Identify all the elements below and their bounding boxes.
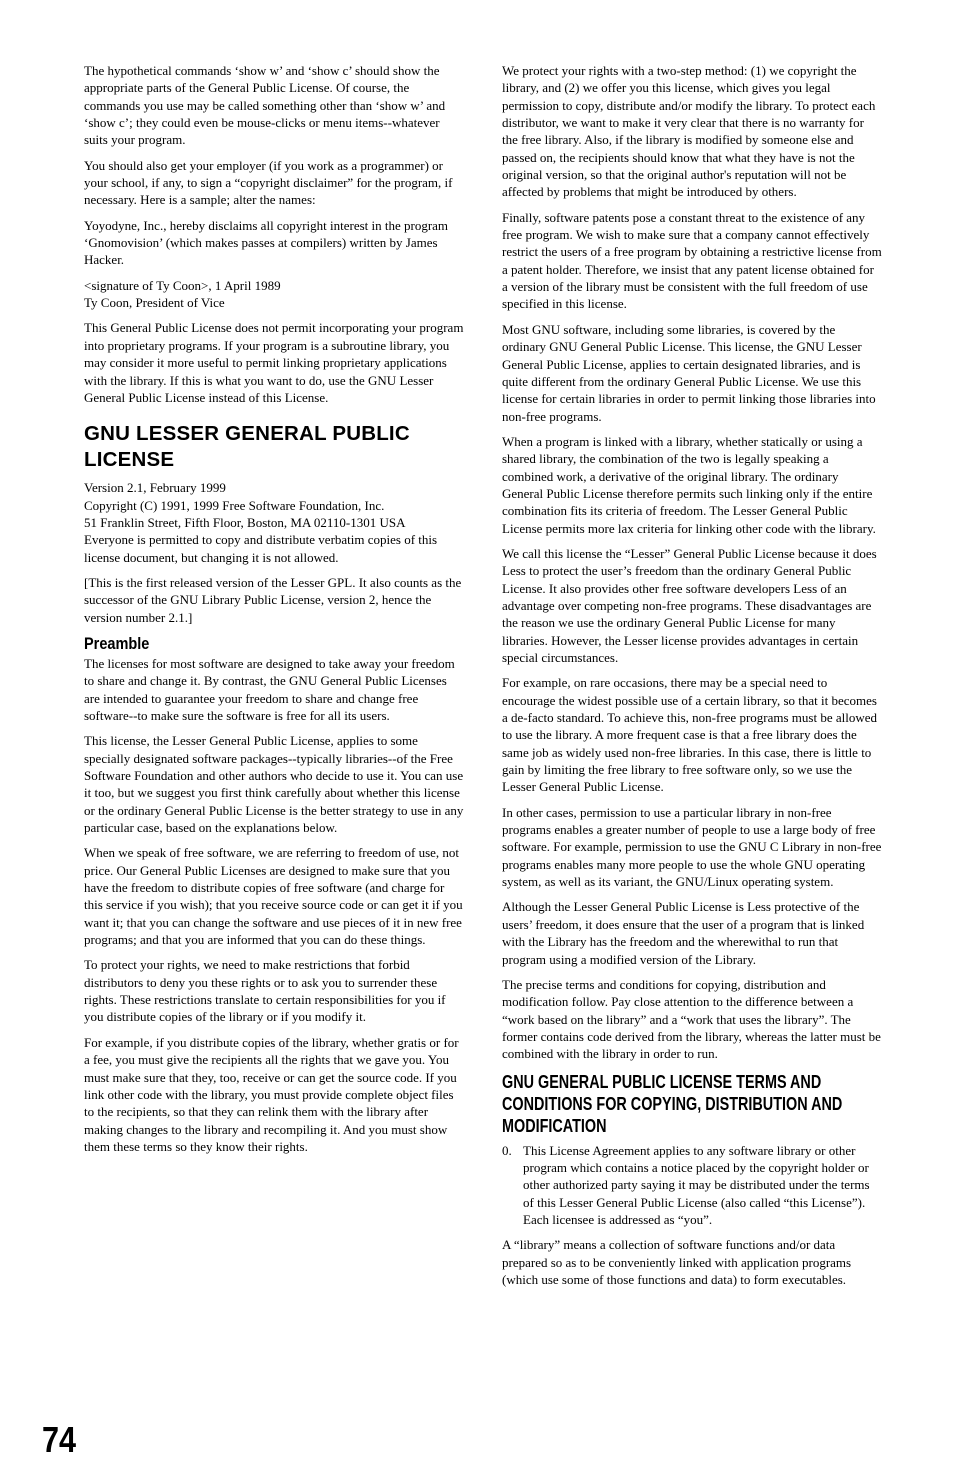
paragraph-licenses-designed: The licenses for most software are desig… bbox=[84, 655, 464, 724]
paragraph-show-commands: The hypothetical commands ‘show w’ and ‘… bbox=[84, 62, 464, 149]
paragraph-distribute-copies: For example, if you distribute copies of… bbox=[84, 1034, 464, 1155]
left-column: The hypothetical commands ‘show w’ and ‘… bbox=[84, 62, 464, 1163]
right-column: We protect your rights with a two-step m… bbox=[502, 62, 882, 1296]
paragraph-precise-terms: The precise terms and conditions for cop… bbox=[502, 976, 882, 1063]
paragraph-program-linked-library: When a program is linked with a library,… bbox=[502, 433, 882, 537]
section-title-preamble: Preamble bbox=[84, 634, 418, 654]
paragraph-signature: <signature of Ty Coon>, 1 April 1989 Ty … bbox=[84, 277, 464, 312]
paragraph-less-protective: Although the Lesser General Public Licen… bbox=[502, 898, 882, 967]
paragraph-yoyodyne: Yoyodyne, Inc., hereby disclaims all cop… bbox=[84, 217, 464, 269]
paragraph-library-definition: A “library” means a collection of softwa… bbox=[502, 1236, 882, 1288]
paragraph-free-software-freedom: When we speak of free software, we are r… bbox=[84, 844, 464, 948]
page-number: 74 bbox=[42, 1420, 76, 1460]
paragraph-other-cases-permission: In other cases, permission to use a part… bbox=[502, 804, 882, 891]
paragraph-not-permit-incorporating: This General Public License does not per… bbox=[84, 319, 464, 406]
section-title-lgpl: GNU LESSER GENERAL PUBLIC LICENSE bbox=[84, 421, 464, 473]
paragraph-two-step-method: We protect your rights with a two-step m… bbox=[502, 62, 882, 201]
paragraph-version-copyright: Version 2.1, February 1999 Copyright (C)… bbox=[84, 479, 464, 566]
paragraph-first-released-note: [This is the first released version of t… bbox=[84, 574, 464, 626]
paragraph-protect-rights: To protect your rights, we need to make … bbox=[84, 956, 464, 1025]
list-item-0: 0. This License Agreement applies to any… bbox=[502, 1142, 882, 1229]
section-title-terms-conditions: GNU GENERAL PUBLIC LICENSE TERMS AND CON… bbox=[502, 1071, 806, 1137]
paragraph-rare-occasions: For example, on rare occasions, there ma… bbox=[502, 674, 882, 795]
paragraph-lesser-license-name: We call this license the “Lesser” Genera… bbox=[502, 545, 882, 666]
paragraph-software-patents: Finally, software patents pose a constan… bbox=[502, 209, 882, 313]
paragraph-employer-disclaimer: You should also get your employer (if yo… bbox=[84, 157, 464, 209]
paragraph-this-license-applies: This license, the Lesser General Public … bbox=[84, 732, 464, 836]
paragraph-most-gnu-software: Most GNU software, including some librar… bbox=[502, 321, 882, 425]
list-item-text: This License Agreement applies to any so… bbox=[523, 1142, 882, 1229]
list-item-marker: 0. bbox=[502, 1142, 523, 1229]
